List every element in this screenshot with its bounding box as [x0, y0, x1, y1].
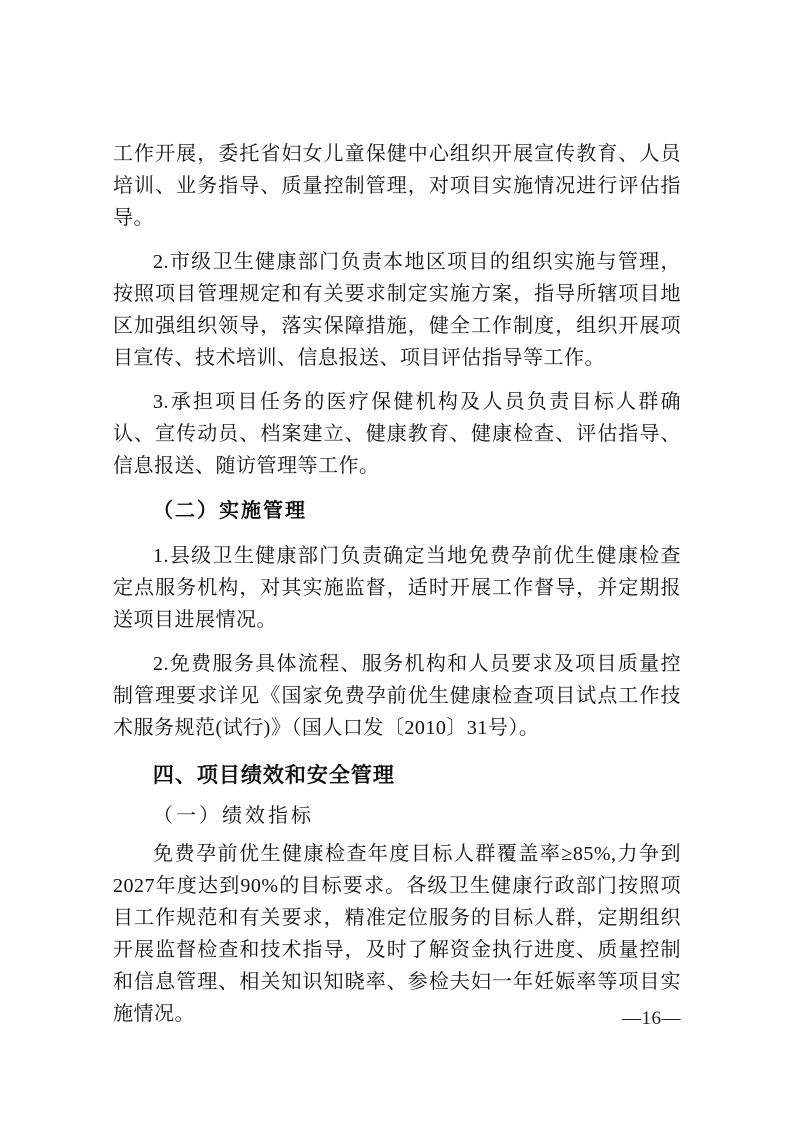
paragraph-continuation: 工作开展，委托省妇女儿童保健中心组织开展宣传教育、人员培训、业务指导、质量控制管… — [113, 138, 681, 234]
document-page: 工作开展，委托省妇女儿童保健中心组织开展宣传教育、人员培训、业务指导、质量控制管… — [0, 0, 793, 1121]
page-number: —16— — [622, 1008, 681, 1030]
numbered-paragraph-2-free-service: 2.免费服务具体流程、服务机构和人员要求及项目质量控制管理要求详见《国家免费孕前… — [113, 648, 681, 744]
numbered-paragraph-2-city-level: 2.市级卫生健康部门负责本地区项目的组织实施与管理，按照项目管理规定和有关要求制… — [113, 246, 681, 374]
section-heading-performance-safety: 四、项目绩效和安全管理 — [113, 759, 681, 792]
paragraph-performance-targets: 免费孕前优生健康检查年度目标人群覆盖率≥85%,力争到2027年度达到90%的目… — [113, 838, 681, 1030]
numbered-paragraph-1-county-level: 1.县级卫生健康部门负责确定当地免费孕前优生健康检查定点服务机构，对其实施监督，… — [113, 540, 681, 636]
subsection-heading-implementation-management: （二）实施管理 — [113, 495, 681, 527]
subsection-heading-performance-indicators: （一）绩效指标 — [113, 800, 681, 832]
document-body: 工作开展，委托省妇女儿童保健中心组织开展宣传教育、人员培训、业务指导、质量控制管… — [113, 138, 681, 1042]
numbered-paragraph-3-institutions: 3.承担项目任务的医疗保健机构及人员负责目标人群确认、宣传动员、档案建立、健康教… — [113, 386, 681, 482]
